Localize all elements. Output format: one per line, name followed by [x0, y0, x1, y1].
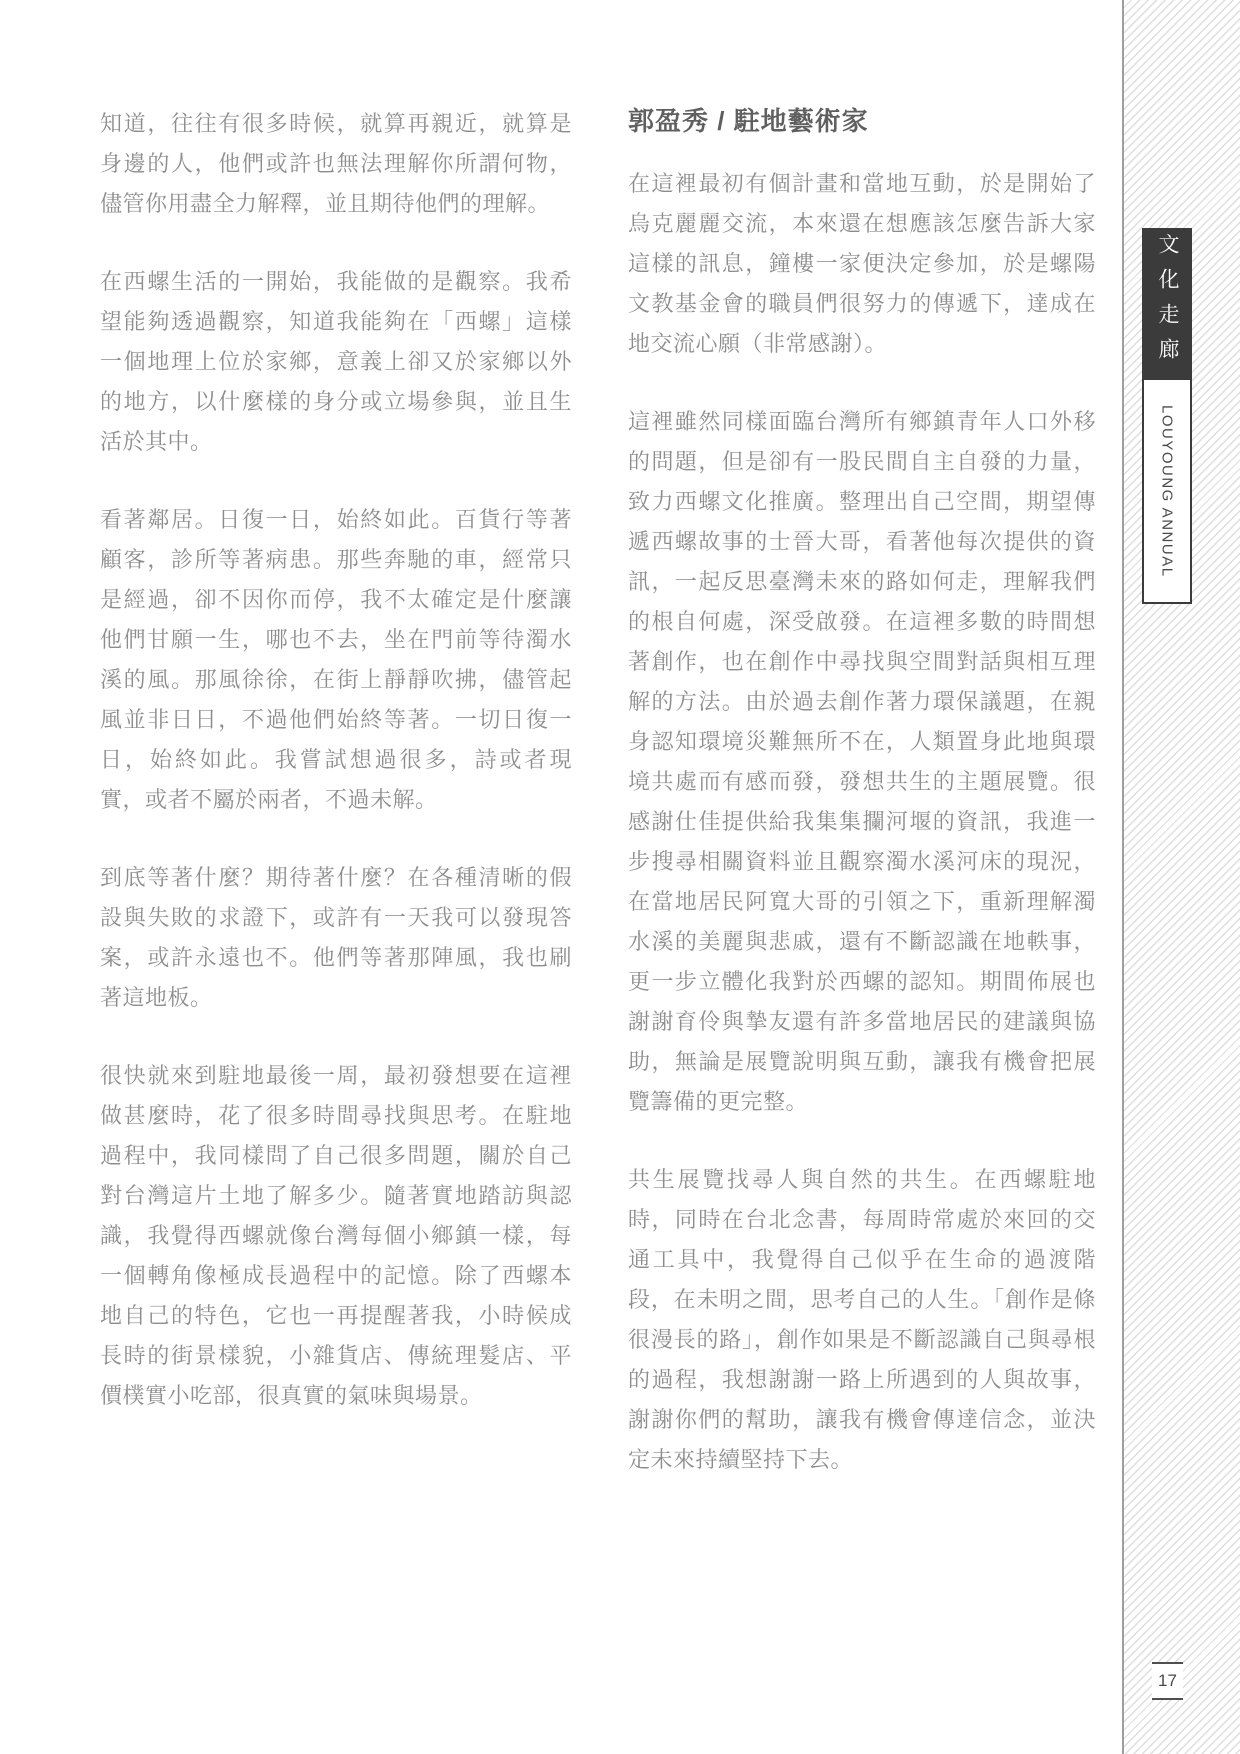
paragraph: 很快就來到駐地最後一周，最初發想要在這裡做甚麼時，花了很多時間尋找與思考。在駐地…	[100, 1056, 572, 1416]
publication-tab: LOUYOUNG ANNUAL	[1142, 378, 1192, 604]
paragraph: 到底等著什麼？期待著什麼？在各種清晰的假設與失敗的求證下，或許有一天我可以發現答…	[100, 858, 572, 1018]
publication-tab-label: LOUYOUNG ANNUAL	[1159, 405, 1176, 578]
magazine-page: 文化走廊 LOUYOUNG ANNUAL 17 知道，往往有很多時候，就算再親近…	[0, 0, 1240, 1754]
paragraph: 在西螺生活的一開始，我能做的是觀察。我希望能夠透過觀察，知道我能夠在「西螺」這樣…	[100, 262, 572, 462]
section-tab: 文化走廊	[1142, 228, 1192, 378]
paragraph: 看著鄰居。日復一日，始終如此。百貨行等著顧客，診所等著病患。那些奔馳的車，經常只…	[100, 500, 572, 820]
paragraph: 在這裡最初有個計畫和當地互動，於是開始了烏克麗麗交流，本來還在想應該怎麼告訴大家…	[628, 164, 1096, 364]
artist-byline-heading: 郭盈秀 / 駐地藝術家	[628, 104, 1096, 138]
left-column: 知道，往往有很多時候，就算再親近，就算是身邊的人，他們或許也無法理解你所謂何物，…	[100, 104, 572, 1454]
paragraph: 共生展覽找尋人與自然的共生。在西螺駐地時，同時在台北念書，每周時常處於來回的交通…	[628, 1160, 1096, 1480]
page-number: 17	[1158, 1671, 1177, 1691]
paragraph: 這裡雖然同樣面臨台灣所有鄉鎮青年人口外移的問題，但是卻有一股民間自主自發的力量，…	[628, 402, 1096, 1122]
right-column: 郭盈秀 / 駐地藝術家 在這裡最初有個計畫和當地互動，於是開始了烏克麗麗交流，本…	[628, 104, 1096, 1518]
page-number-box: 17	[1152, 1662, 1183, 1700]
section-tab-label: 文化走廊	[1142, 233, 1192, 373]
paragraph: 知道，往往有很多時候，就算再親近，就算是身邊的人，他們或許也無法理解你所謂何物，…	[100, 104, 572, 224]
